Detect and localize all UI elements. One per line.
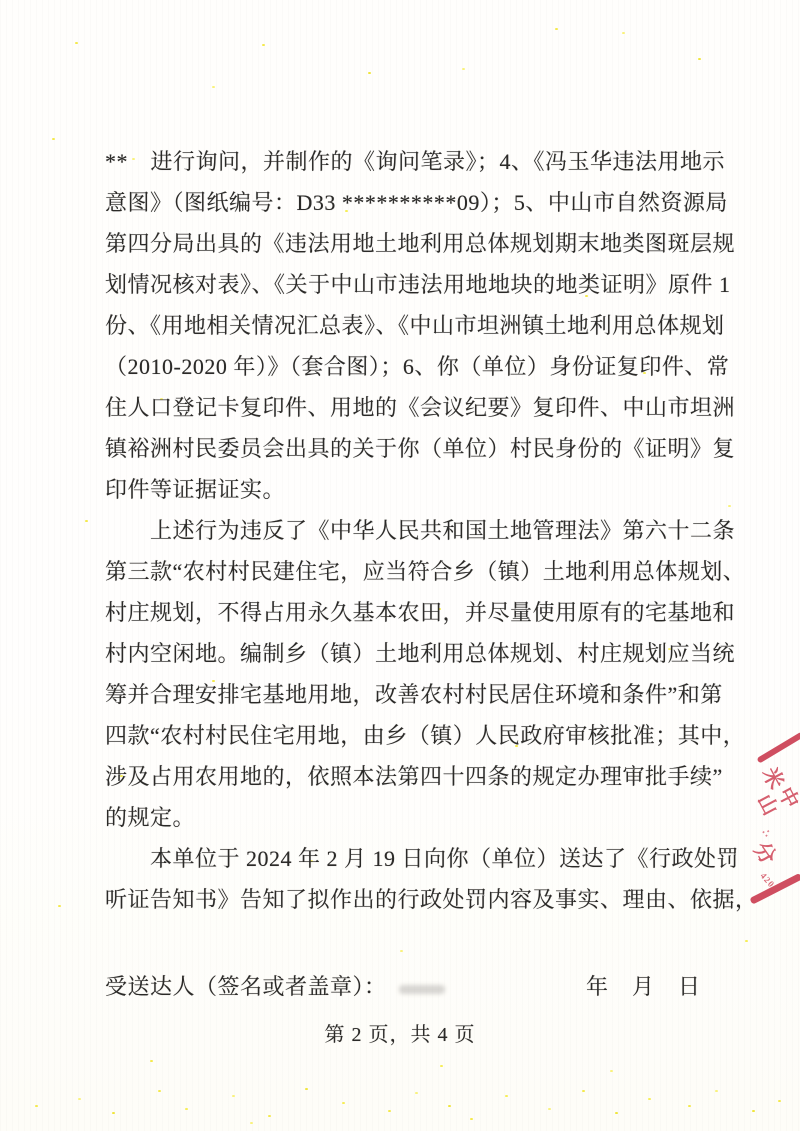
text-line: 第四分局出具的《违法用地土地利用总体规划期末地类图斑层规 <box>105 223 713 264</box>
text-line: 村庄规划，不得占用永久基本农田，并尽量使用原有的宅基地和 <box>105 592 713 633</box>
text-line: 印件等证据证实。 <box>105 469 713 510</box>
seal-character: 中 <box>774 784 800 811</box>
text-line: 四款“农村村民住宅用地，由乡（镇）人民政府审核批准；其中， <box>105 715 713 756</box>
signature-row: 受送达人（签名或者盖章）： 年 月 日 <box>105 972 713 1002</box>
text-line: 镇裕洲村民委员会出具的关于你（单位）村民身份的《证明》复 <box>105 428 713 469</box>
text-line: 意图》（图纸编号：D33 **********09）；5、中山市自然资源局 <box>105 182 713 223</box>
seal-dots: ∴ <box>759 827 772 839</box>
text-line: 份、《用地相关情况汇总表》、《中山市坦洲镇土地利用总体规划 <box>105 305 713 346</box>
paper-speckles <box>0 0 3 2</box>
text-line: 听证告知书》告知了拟作出的行政处罚内容及事实、理由、依据， <box>105 879 713 920</box>
seal-digits: 420 <box>758 871 776 889</box>
paragraph: 本单位于 2024 年 2 月 19 日向你（单位）送达了《行政处罚听证告知书》… <box>105 838 713 920</box>
text-line: 第三款“农村村民建住宅，应当符合乡（镇）土地利用总体规划、 <box>105 551 713 592</box>
recipient-signature-label: 受送达人（签名或者盖章）： <box>105 972 387 1002</box>
seal-character: 米 <box>758 764 786 792</box>
document-body: ** 进行询问，并制作的《询问笔录》；4、《冯玉华违法用地示意图》（图纸编号：D… <box>105 141 713 920</box>
text-line: 筹并合理安排宅基地用地，改善农村村民居住环境和条件”和第 <box>105 674 713 715</box>
text-line: 上述行为违反了《中华人民共和国土地管理法》第六十二条 <box>105 510 713 551</box>
text-line: （2010-2020 年）》（套合图）；6、你（单位）身份证复印件、常 <box>105 346 713 387</box>
seal-character: 分 <box>750 839 779 868</box>
page-number: 第 2 页，共 4 页 <box>0 1018 800 1047</box>
text-line: 的规定。 <box>105 797 713 838</box>
seal-character: 山 <box>753 791 780 818</box>
text-line: 涉及占用农用地的，依照本法第四十四条的规定办理审批手续” <box>105 756 713 797</box>
text-line: 本单位于 2024 年 2 月 19 日向你（单位）送达了《行政处罚 <box>105 838 713 879</box>
paragraph: 上述行为违反了《中华人民共和国土地管理法》第六十二条第三款“农村村民建住宅，应当… <box>105 510 713 838</box>
date-blank-line: 年 月 日 <box>586 972 701 1002</box>
text-line: ** 进行询问，并制作的《询问笔录》；4、《冯玉华违法用地示 <box>105 141 713 182</box>
scanned-document-page: ** 进行询问，并制作的《询问笔录》；4、《冯玉华违法用地示意图》（图纸编号：D… <box>0 0 800 1131</box>
text-line: 住人口登记卡复印件、用地的《会议纪要》复印件、中山市坦洲 <box>105 387 713 428</box>
text-line: 村内空闲地。编制乡（镇）土地利用总体规划、村庄规划应当统 <box>105 633 713 674</box>
text-line: 划情况核对表》、《关于中山市违法用地地块的地类证明》原件 1 <box>105 264 713 305</box>
paragraph: ** 进行询问，并制作的《询问笔录》；4、《冯玉华违法用地示意图》（图纸编号：D… <box>105 141 713 510</box>
seal-arc-top <box>756 732 800 764</box>
